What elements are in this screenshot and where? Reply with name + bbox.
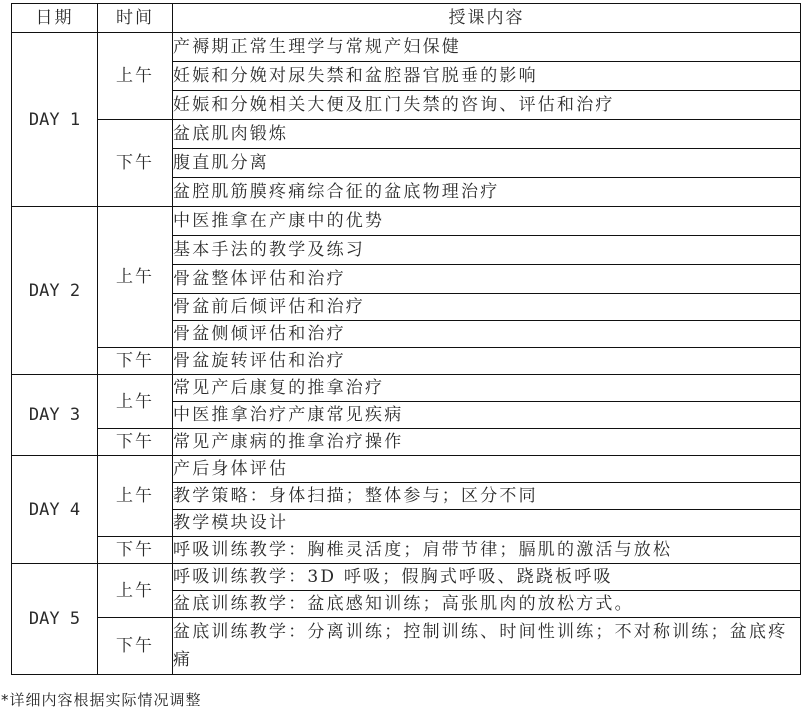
course-item: 骨盆整体评估和治疗 bbox=[173, 265, 801, 294]
period-label: 上午 bbox=[98, 375, 173, 429]
course-item: 中医推拿治疗产康常见疾病 bbox=[173, 402, 801, 429]
course-item: 产后身体评估 bbox=[173, 456, 801, 483]
course-item: 中医推拿在产康中的优势 bbox=[173, 207, 801, 236]
period-label: 上午 bbox=[98, 564, 173, 618]
day-label: DAY 5 bbox=[12, 564, 98, 675]
course-item: 教学策略：身体扫描；整体参与；区分不同 bbox=[173, 483, 801, 510]
table-row: DAY 2 上午 中医推拿在产康中的优势 bbox=[12, 207, 801, 236]
table-row: 下午 盆底训练教学：分离训练；控制训练、时间性训练；不对称训练；盆底疼痛 bbox=[12, 618, 801, 675]
header-date: 日期 bbox=[12, 4, 98, 33]
table-row: DAY 4 上午 产后身体评估 bbox=[12, 456, 801, 483]
course-item: 腹直肌分离 bbox=[173, 149, 801, 178]
day-label: DAY 3 bbox=[12, 375, 98, 456]
table-row: 下午 常见产康病的推拿治疗操作 bbox=[12, 429, 801, 456]
period-label: 下午 bbox=[98, 618, 173, 675]
course-item: 基本手法的教学及练习 bbox=[173, 236, 801, 265]
course-item: 教学模块设计 bbox=[173, 510, 801, 537]
course-item: 盆底训练教学：分离训练；控制训练、时间性训练；不对称训练；盆底疼痛 bbox=[173, 618, 801, 675]
course-item: 常见产康病的推拿治疗操作 bbox=[173, 429, 801, 456]
course-item: 妊娠和分娩对尿失禁和盆腔器官脱垂的影响 bbox=[173, 62, 801, 91]
course-item: 骨盆旋转评估和治疗 bbox=[173, 348, 801, 375]
day-label: DAY 4 bbox=[12, 456, 98, 564]
header-row: 日期 时间 授课内容 bbox=[12, 4, 801, 33]
course-item: 呼吸训练教学：3D 呼吸；假胸式呼吸、跷跷板呼吸 bbox=[173, 564, 801, 591]
period-label: 上午 bbox=[98, 33, 173, 120]
course-item: 妊娠和分娩相关大便及肛门失禁的咨询、评估和治疗 bbox=[173, 91, 801, 120]
course-item: 呼吸训练教学：胸椎灵活度；肩带节律；膈肌的激活与放松 bbox=[173, 537, 801, 564]
course-item: 盆底训练教学：盆底感知训练；高张肌肉的放松方式。 bbox=[173, 591, 801, 618]
course-item: 常见产后康复的推拿治疗 bbox=[173, 375, 801, 402]
period-label: 下午 bbox=[98, 120, 173, 207]
period-label: 上午 bbox=[98, 456, 173, 537]
course-item: 骨盆前后倾评估和治疗 bbox=[173, 294, 801, 321]
course-item: 骨盆侧倾评估和治疗 bbox=[173, 321, 801, 348]
course-item: 盆腔肌筋膜疼痛综合征的盆底物理治疗 bbox=[173, 178, 801, 207]
table-row: DAY 3 上午 常见产后康复的推拿治疗 bbox=[12, 375, 801, 402]
period-label: 下午 bbox=[98, 429, 173, 456]
table-row: 下午 呼吸训练教学：胸椎灵活度；肩带节律；膈肌的激活与放松 bbox=[12, 537, 801, 564]
day-label: DAY 2 bbox=[12, 207, 98, 375]
course-schedule-table: 日期 时间 授课内容 DAY 1 上午 产褥期正常生理学与常规产妇保健 妊娠和分… bbox=[11, 3, 801, 675]
table-row: 下午 骨盆旋转评估和治疗 bbox=[12, 348, 801, 375]
footnote: *详细内容根据实际情况调整 bbox=[1, 690, 202, 710]
course-item: 产褥期正常生理学与常规产妇保健 bbox=[173, 33, 801, 62]
period-label: 上午 bbox=[98, 207, 173, 348]
header-content: 授课内容 bbox=[173, 4, 801, 33]
course-item: 盆底肌肉锻炼 bbox=[173, 120, 801, 149]
table-row: DAY 1 上午 产褥期正常生理学与常规产妇保健 bbox=[12, 33, 801, 62]
table-row: 下午 盆底肌肉锻炼 bbox=[12, 120, 801, 149]
period-label: 下午 bbox=[98, 537, 173, 564]
header-time: 时间 bbox=[98, 4, 173, 33]
day-label: DAY 1 bbox=[12, 33, 98, 207]
period-label: 下午 bbox=[98, 348, 173, 375]
table-row: DAY 5 上午 呼吸训练教学：3D 呼吸；假胸式呼吸、跷跷板呼吸 bbox=[12, 564, 801, 591]
